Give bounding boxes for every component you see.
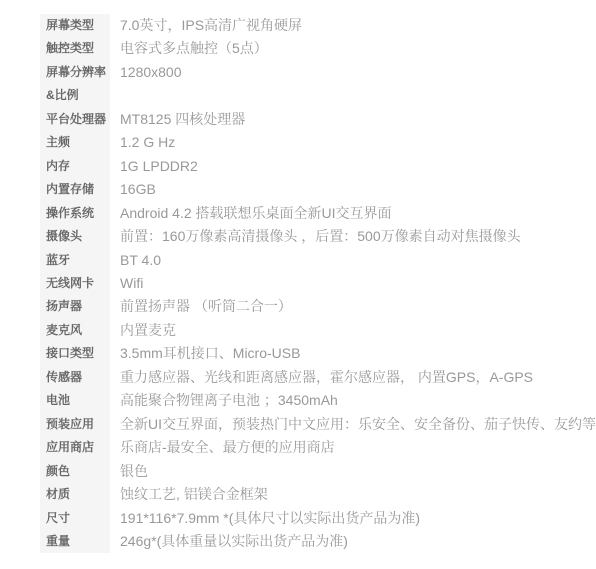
spec-row: 麦克风 内置麦克 (40, 319, 585, 342)
spec-row: 电池 高能聚合物锂离子电池 ；3450mAh (40, 389, 585, 412)
spec-value: 前置：160万像素高清摄像头 ，后置：500万像素自动对焦摄像头 (120, 225, 585, 248)
spec-row: 尺寸 191*116*7.9mm *(具体尺寸以实际出货产品为准) (40, 507, 585, 530)
spec-page: 屏幕类型 7.0英寸，IPS高清广视角硬屏 触控类型 电容式多点触控（5点） 屏… (0, 0, 596, 569)
spec-row: 扬声器 前置扬声器 （听筒二合一） (40, 295, 585, 318)
spec-value: 16GB (120, 178, 585, 201)
spec-label: 扬声器 (40, 295, 110, 318)
spec-label: 摄像头 (40, 225, 110, 248)
spec-value: 全新UI交互界面，预装热门中文应用：乐安全、安全备份、茄子快传、友约等 (120, 413, 596, 436)
spec-label: 内存 (40, 155, 110, 178)
spec-label: 主频 (40, 131, 110, 154)
spec-label: 材质 (40, 483, 110, 506)
spec-value: 重力感应器、光线和距离感应器，霍尔感应器， 内置GPS，A-GPS (120, 366, 585, 389)
spec-row: 屏幕分辨率&比例 1280x800 (40, 61, 585, 108)
spec-label: 颜色 (40, 460, 110, 483)
spec-label: 传感器 (40, 366, 110, 389)
spec-row: 重量 246g*(具体重量以实际出货产品为准) (40, 530, 585, 553)
spec-label: 电池 (40, 389, 110, 412)
spec-row: 接口类型 3.5mm耳机接口、Micro-USB (40, 342, 585, 365)
spec-value: Android 4.2 搭载联想乐桌面全新UI交互界面 (120, 202, 585, 225)
spec-row: 平台处理器 MT8125 四核处理器 (40, 108, 585, 131)
spec-label: 操作系统 (40, 202, 110, 225)
spec-value: 蚀纹工艺, 铝镁合金框架 (120, 483, 585, 506)
spec-row: 材质 蚀纹工艺, 铝镁合金框架 (40, 483, 585, 506)
spec-label: 蓝牙 (40, 249, 110, 272)
spec-value: 1G LPDDR2 (120, 155, 585, 178)
spec-value: 3.5mm耳机接口、Micro-USB (120, 342, 585, 365)
spec-row: 颜色 银色 (40, 460, 585, 483)
spec-row: 主频 1.2 G Hz (40, 131, 585, 154)
spec-row: 内存 1G LPDDR2 (40, 155, 585, 178)
spec-value: 电容式多点触控（5点） (120, 37, 585, 60)
spec-label: 内置存储 (40, 178, 110, 201)
spec-label: 触控类型 (40, 37, 110, 60)
spec-table: 屏幕类型 7.0英寸，IPS高清广视角硬屏 触控类型 电容式多点触控（5点） 屏… (40, 14, 585, 553)
spec-row: 蓝牙 BT 4.0 (40, 249, 585, 272)
spec-label: 尺寸 (40, 507, 110, 530)
spec-value: Wifi (120, 272, 585, 295)
spec-value: MT8125 四核处理器 (120, 108, 585, 131)
spec-value: 1.2 G Hz (120, 131, 585, 154)
spec-label: 屏幕分辨率&比例 (40, 61, 110, 108)
spec-value: 191*116*7.9mm *(具体尺寸以实际出货产品为准) (120, 507, 585, 530)
spec-value: 前置扬声器 （听筒二合一） (120, 295, 585, 318)
spec-row: 传感器 重力感应器、光线和距离感应器，霍尔感应器， 内置GPS，A-GPS (40, 366, 585, 389)
spec-value: 1280x800 (120, 61, 585, 108)
spec-value: 内置麦克 (120, 319, 585, 342)
spec-row: 摄像头 前置：160万像素高清摄像头 ，后置：500万像素自动对焦摄像头 (40, 225, 585, 248)
spec-label: 麦克风 (40, 319, 110, 342)
spec-label: 屏幕类型 (40, 14, 110, 37)
spec-value: 246g*(具体重量以实际出货产品为准) (120, 530, 585, 553)
spec-row: 内置存储 16GB (40, 178, 585, 201)
spec-value: 乐商店-最安全、最方便的应用商店 (120, 436, 585, 459)
spec-value: 银色 (120, 460, 585, 483)
spec-label: 重量 (40, 530, 110, 553)
spec-label: 接口类型 (40, 342, 110, 365)
spec-label: 无线网卡 (40, 272, 110, 295)
spec-row: 屏幕类型 7.0英寸，IPS高清广视角硬屏 (40, 14, 585, 37)
spec-row: 预装应用 全新UI交互界面，预装热门中文应用：乐安全、安全备份、茄子快传、友约等 (40, 413, 585, 436)
spec-row: 操作系统 Android 4.2 搭载联想乐桌面全新UI交互界面 (40, 202, 585, 225)
spec-value: 高能聚合物锂离子电池 ；3450mAh (120, 389, 585, 412)
spec-row: 触控类型 电容式多点触控（5点） (40, 37, 585, 60)
spec-value: 7.0英寸，IPS高清广视角硬屏 (120, 14, 585, 37)
spec-label: 应用商店 (40, 436, 110, 459)
spec-label: 预装应用 (40, 413, 110, 436)
spec-value: BT 4.0 (120, 249, 585, 272)
spec-label: 平台处理器 (40, 108, 110, 131)
spec-row: 无线网卡 Wifi (40, 272, 585, 295)
spec-row: 应用商店 乐商店-最安全、最方便的应用商店 (40, 436, 585, 459)
